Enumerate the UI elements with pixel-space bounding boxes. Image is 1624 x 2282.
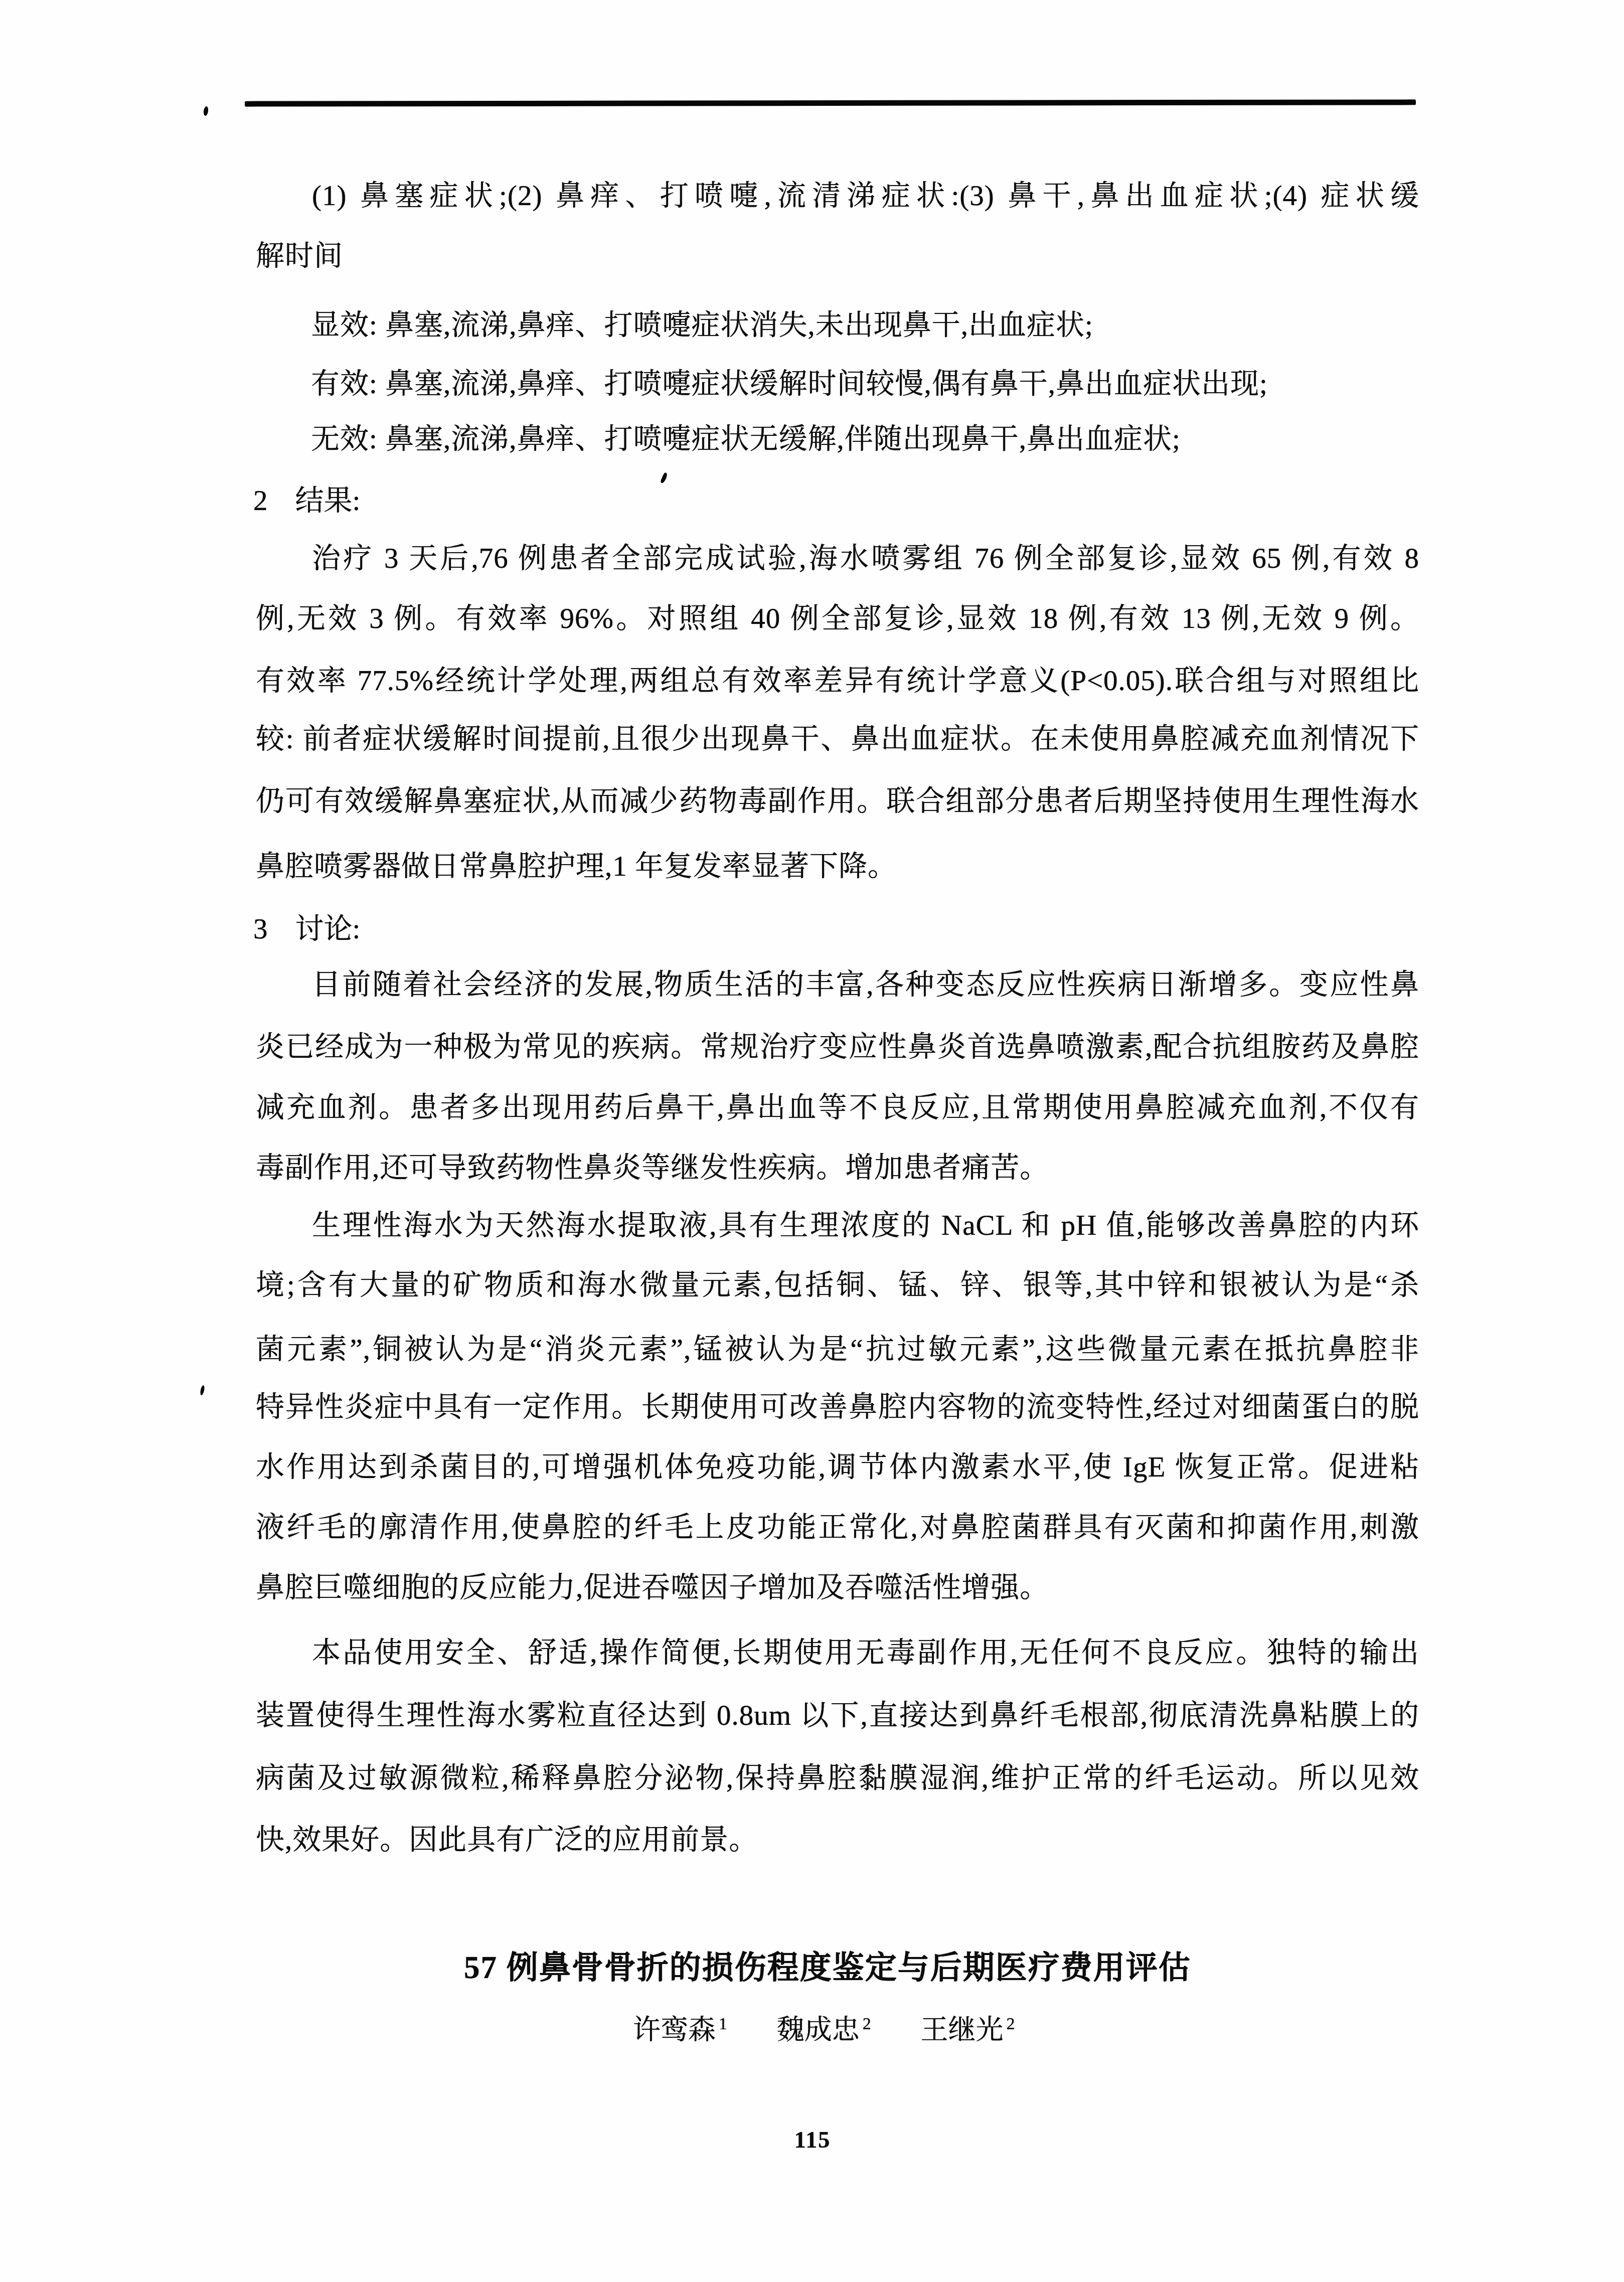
text-line: 解时间: [256, 241, 343, 271]
author-name: 王继光: [921, 2014, 1004, 2045]
text-line: 装置使得生理性海水雾粒直径达到 0.8um 以下,直接达到鼻纤毛根部,彻底清洗鼻…: [256, 1701, 1419, 1731]
author-affiliation-mark: 2: [863, 2015, 871, 2033]
author: 王继光2: [921, 2014, 1015, 2045]
text-line: 目前随着社会经济的发展,物质生活的丰富,各种变态反应性疾病日渐增多。变应性鼻: [256, 970, 1419, 1000]
section-number: 2: [253, 485, 268, 517]
section-title: 讨论:: [295, 913, 361, 945]
text-line: 显效: 鼻塞,流涕,鼻痒、打喷嚏症状消失,未出现鼻干,出血症状;: [311, 310, 1093, 341]
author-line: 许鸾森1 魏成忠2 王继光2: [633, 2010, 1015, 2044]
text-line: 境;含有大量的矿物质和海水微量元素,包括铜、锰、锌、银等,其中锌和银被认为是“杀: [256, 1270, 1419, 1300]
author-affiliation-mark: 2: [1007, 2015, 1015, 2033]
text-line: 减充血剂。患者多出现用药后鼻干,鼻出血等不良反应,且常期使用鼻腔减充血剂,不仅有: [256, 1093, 1419, 1123]
author: 许鸾森1: [633, 2014, 727, 2045]
text-line: 较: 前者症状缓解时间提前,且很少出现鼻干、鼻出血症状。在未使用鼻腔减充血剂情况…: [256, 724, 1419, 754]
author-affiliation-mark: 1: [719, 2015, 727, 2033]
section-title: 结果:: [295, 485, 361, 517]
next-article-title: 57 例鼻骨骨折的损伤程度鉴定与后期医疗费用评估: [464, 1951, 1191, 1984]
scanned-document-page: (1) 鼻塞症状;(2) 鼻痒、打喷嚏,流清涕症状:(3) 鼻干,鼻出血症状;(…: [0, 0, 1624, 2282]
text-line: 例,无效 3 例。有效率 96%。对照组 40 例全部复诊,显效 18 例,有效…: [256, 604, 1419, 634]
text-line: 炎已经成为一种极为常见的疾病。常规治疗变应性鼻炎首选鼻喷激素,配合抗组胺药及鼻腔: [256, 1032, 1419, 1062]
text-line: 仍可有效缓解鼻塞症状,从而减少药物毒副作用。联合组部分患者后期坚持使用生理性海水: [256, 786, 1419, 817]
section-heading-results: 2结果:: [253, 486, 360, 516]
text-line: 鼻腔喷雾器做日常鼻腔护理,1 年复发率显著下降。: [256, 852, 897, 882]
section-number: 3: [253, 913, 268, 945]
text-line: 液纤毛的廓清作用,使鼻腔的纤毛上皮功能正常化,对鼻腔菌群具有灭菌和抑菌作用,刺激: [256, 1513, 1419, 1543]
page-number: 115: [782, 2127, 843, 2153]
text-line: 鼻腔巨噬细胞的反应能力,促进吞噬因子增加及吞噬活性增强。: [256, 1573, 1049, 1603]
text-line: 菌元素”,铜被认为是“消炎元素”,锰被认为是“抗过敏元素”,这些微量元素在抵抗鼻…: [256, 1335, 1419, 1365]
text-line: 有效: 鼻塞,流涕,鼻痒、打喷嚏症状缓解时间较慢,偶有鼻干,鼻出血症状出现;: [311, 369, 1268, 399]
ink-speck: [203, 106, 209, 116]
text-line: 本品使用安全、舒适,操作简便,长期使用无毒副作用,无任何不良反应。独特的输出: [256, 1638, 1419, 1668]
text-line: 有效率 77.5%经统计学处理,两组总有效率差异有统计学意义(P<0.05).联…: [256, 666, 1419, 696]
text-line: 快,效果好。因此具有广泛的应用前景。: [256, 1825, 758, 1855]
section-heading-discussion: 3讨论:: [253, 914, 360, 944]
text-line: 水作用达到杀菌目的,可增强机体免疫功能,调节体内激素水平,使 IgE 恢复正常。…: [256, 1452, 1419, 1483]
text-line: (1) 鼻塞症状;(2) 鼻痒、打喷嚏,流清涕症状:(3) 鼻干,鼻出血症状;(…: [256, 181, 1419, 211]
author-name: 许鸾森: [633, 2014, 716, 2045]
text-line: 毒副作用,还可导致药物性鼻炎等继发性疾病。增加患者痛苦。: [256, 1153, 1049, 1183]
ink-speck: [660, 472, 668, 483]
text-line: 病菌及过敏源微粒,稀释鼻腔分泌物,保持鼻腔黏膜湿润,维护正常的纤毛运动。所以见效: [256, 1763, 1419, 1794]
ink-speck: [200, 1385, 205, 1395]
author-name: 魏成忠: [777, 2014, 860, 2045]
text-line: 无效: 鼻塞,流涕,鼻痒、打喷嚏症状无缓解,伴随出现鼻干,鼻出血症状;: [311, 424, 1181, 454]
author: 魏成忠2: [777, 2014, 871, 2045]
text-line: 特异性炎症中具有一定作用。长期使用可改善鼻腔内容物的流变特性,经过对细菌蛋白的脱: [256, 1392, 1419, 1422]
top-horizontal-rule: [245, 99, 1416, 106]
text-line: 生理性海水为天然海水提取液,具有生理浓度的 NaCL 和 pH 值,能够改善鼻腔…: [256, 1211, 1419, 1241]
text-line: 治疗 3 天后,76 例患者全部完成试验,海水喷雾组 76 例全部复诊,显效 6…: [256, 544, 1419, 574]
